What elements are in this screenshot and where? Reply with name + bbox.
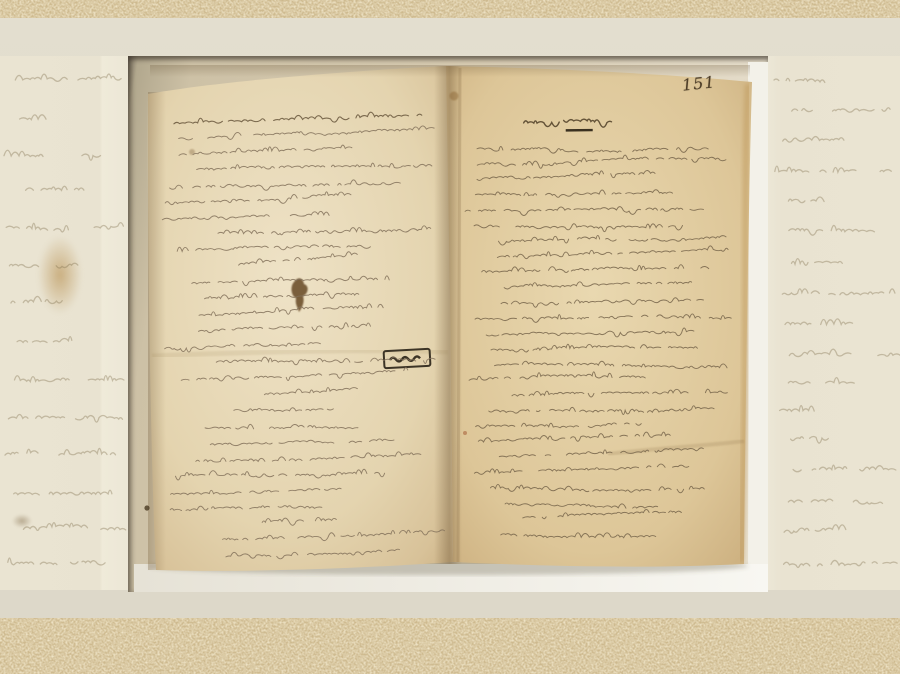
handwriting-line xyxy=(826,378,855,384)
handwriting-line xyxy=(71,561,106,565)
handwriting-line xyxy=(15,74,67,81)
handwriting-line xyxy=(11,296,62,303)
gutter-crease xyxy=(458,68,460,562)
handwriting-line xyxy=(78,74,121,80)
handwriting-line xyxy=(5,449,38,455)
handwriting-line xyxy=(94,223,123,229)
handwriting-line xyxy=(17,341,47,343)
handwriting-line xyxy=(793,465,847,472)
handwriting-line xyxy=(775,166,809,172)
handwriting-line xyxy=(860,466,896,471)
right-page xyxy=(446,66,752,567)
handwriting-line xyxy=(820,168,856,173)
handwriting-line xyxy=(821,319,853,325)
handwriting-line xyxy=(49,490,112,495)
handwriting-line xyxy=(791,437,829,444)
handwriting-line xyxy=(789,229,823,236)
handwriting-line xyxy=(792,259,847,266)
handwriting-line xyxy=(15,376,70,382)
handwriting-line xyxy=(82,154,101,160)
left-edge-shadow xyxy=(148,92,166,570)
left-page xyxy=(148,66,453,571)
handwriting-line xyxy=(783,137,844,143)
red-speck xyxy=(463,431,467,435)
handwriting-line xyxy=(56,263,78,268)
handwriting-line xyxy=(4,150,47,156)
handwriting-line xyxy=(774,78,825,82)
handwriting-line xyxy=(853,500,882,504)
faded-manuscript-left xyxy=(0,56,128,590)
faded-manuscript-right xyxy=(768,56,900,590)
handwriting-line xyxy=(782,289,819,295)
handwriting-line xyxy=(880,170,897,172)
handwriting-line xyxy=(878,353,900,356)
handwriting-line xyxy=(784,525,846,533)
handwriting-line xyxy=(88,376,124,381)
photo-backing-right xyxy=(748,62,768,592)
fold-stain xyxy=(450,92,459,101)
handwriting-line xyxy=(8,558,66,565)
handwriting-line xyxy=(831,225,874,231)
handwriting-line xyxy=(59,448,116,455)
manuscript-photograph: 151 xyxy=(128,56,768,592)
handwriting-line xyxy=(833,108,894,112)
handwriting-line xyxy=(788,499,832,502)
handwriting-line xyxy=(8,414,64,418)
handwriting-line xyxy=(788,197,824,203)
handwriting-line xyxy=(6,223,68,232)
handwriting-line xyxy=(788,381,810,384)
handwriting-line xyxy=(26,186,88,190)
ink-fleck xyxy=(144,505,149,510)
faded-handwriting-left xyxy=(0,56,128,590)
handwriting-line xyxy=(792,109,813,112)
handwriting-line xyxy=(53,337,71,342)
handwriting-line xyxy=(785,322,811,324)
handwriting-line xyxy=(780,406,815,412)
handwriting-line xyxy=(831,560,897,565)
handwriting-line xyxy=(14,493,40,495)
handwriting-line xyxy=(23,523,87,531)
handwriting-line xyxy=(101,527,126,530)
top-edge-shadow xyxy=(150,65,750,77)
handwriting-line xyxy=(9,264,38,267)
manuscript-photo-page: 151 xyxy=(0,0,900,674)
faded-handwriting-right xyxy=(768,56,900,590)
handwriting-line xyxy=(829,289,895,295)
folio-number: 151 xyxy=(681,72,716,94)
handwriting-line xyxy=(784,562,823,567)
handwriting-line xyxy=(20,115,46,120)
handwriting-line xyxy=(76,416,123,423)
handwriting-line xyxy=(789,349,851,356)
